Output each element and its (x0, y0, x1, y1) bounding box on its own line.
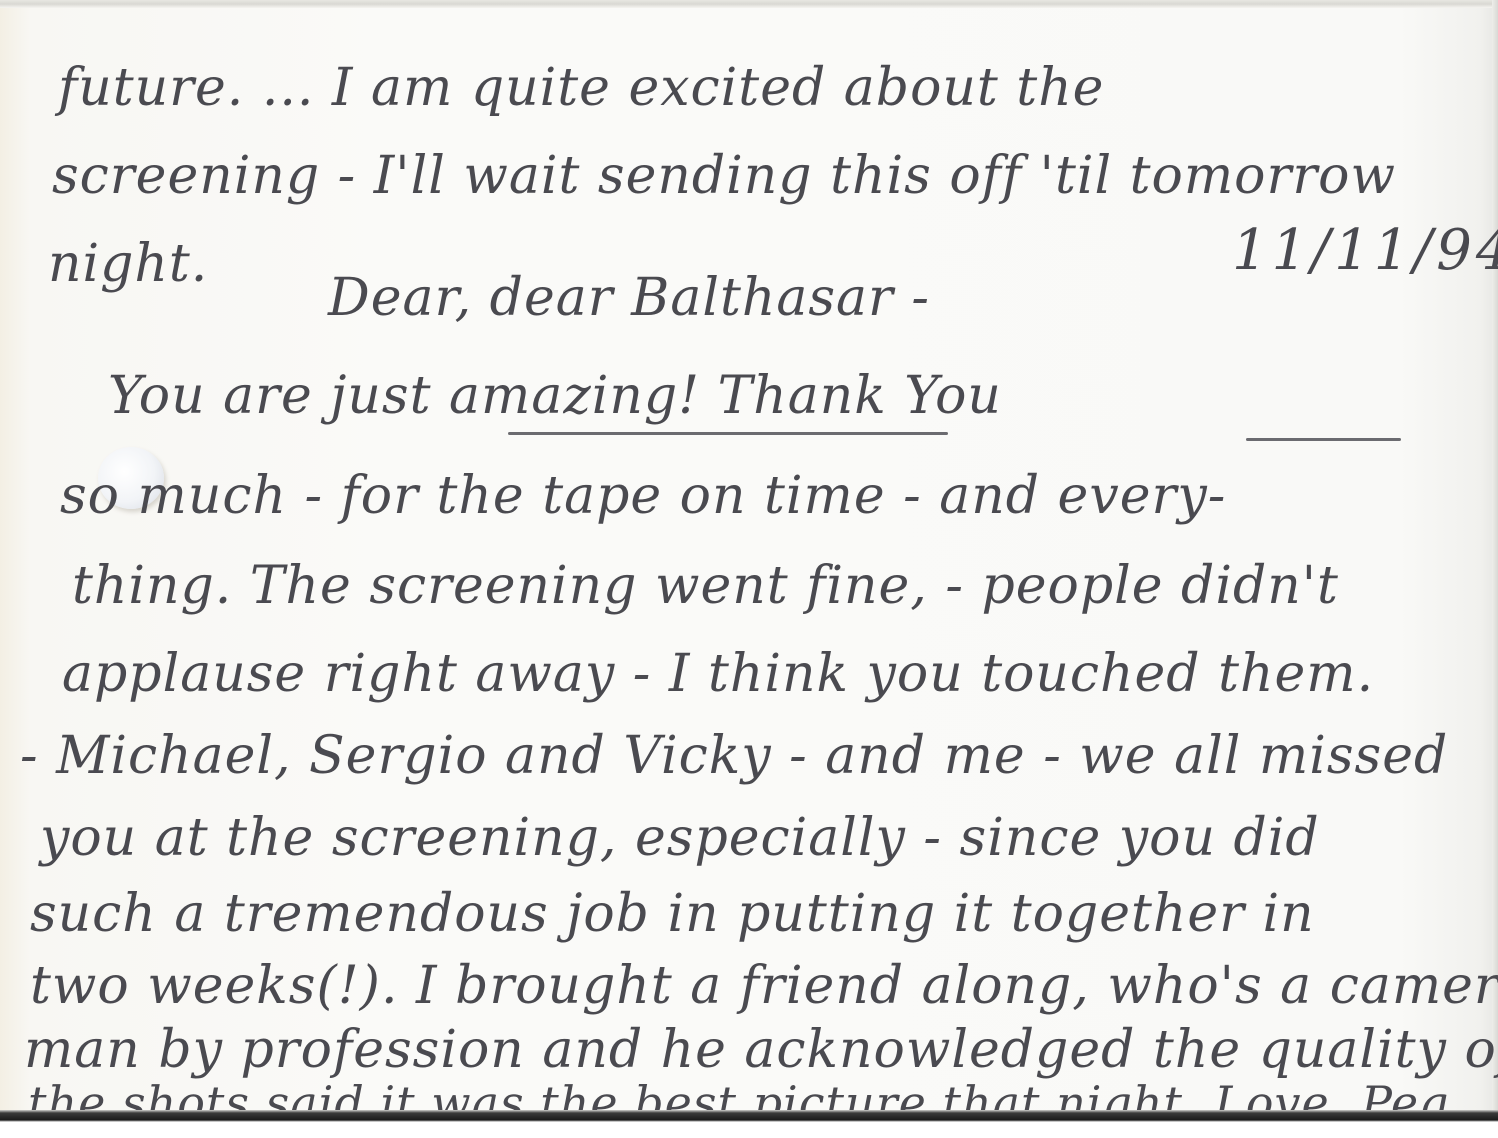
underline-you (1246, 438, 1401, 441)
letter-page: future. ... I am quite excited about the… (0, 0, 1498, 1138)
letter-line-1: future. ... I am quite excited about the (58, 62, 1104, 114)
underline-just-amazing (508, 432, 948, 435)
letter-line-2: screening - I'll wait sending this off '… (52, 150, 1396, 202)
letter-date: 11/11/94 (1232, 218, 1498, 283)
letter-line-13: man by profession and he acknowledged th… (24, 1024, 1498, 1076)
paper-top-edge (0, 0, 1498, 8)
letter-line-8: applause right away - I think you touche… (62, 648, 1374, 700)
scan-bottom-edge (0, 1110, 1498, 1138)
letter-line-7: thing. The screening went fine, - people… (72, 560, 1339, 612)
letter-line-12: two weeks(!). I brought a friend along, … (30, 960, 1498, 1012)
letter-salutation: Dear, dear Balthasar - (328, 272, 930, 324)
letter-line-11: such a tremendous job in putting it toge… (30, 888, 1315, 940)
letter-line-6: so much - for the tape on time - and eve… (60, 470, 1226, 522)
letter-line-3: night. (48, 238, 208, 290)
letter-line-9: - Michael, Sergio and Vicky - and me - w… (20, 730, 1448, 782)
letter-line-5: You are just amazing! Thank You (108, 370, 1002, 422)
letter-line-10: you at the screening, especially - since… (40, 812, 1320, 864)
